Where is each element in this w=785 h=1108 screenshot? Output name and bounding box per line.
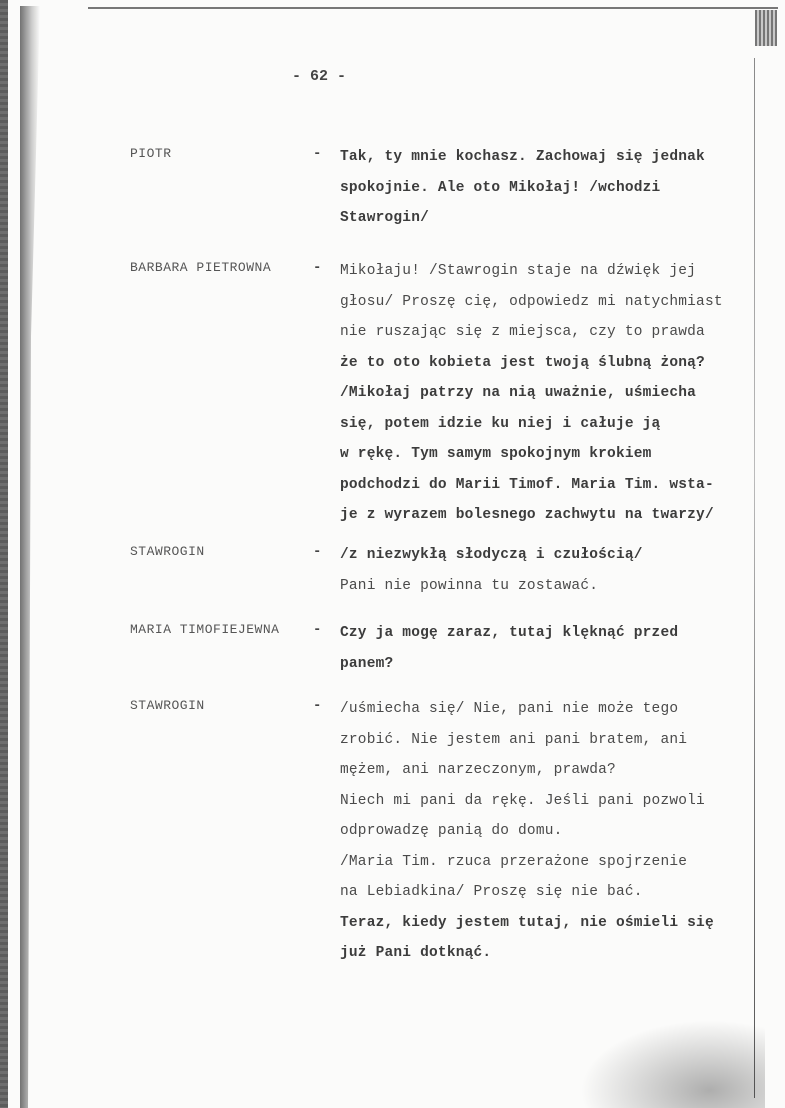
speech-line: odprowadzę panią do domu. bbox=[340, 820, 770, 851]
speech-line: mężem, ani narzeczonym, prawda? bbox=[340, 759, 770, 790]
speech-line: /z niezwykłą słodyczą i czułością/ bbox=[340, 544, 770, 575]
speech-line: Tak, ty mnie kochasz. Zachowaj się jedna… bbox=[340, 146, 770, 177]
speech-line: /uśmiecha się/ Nie, pani nie może tego bbox=[340, 698, 770, 729]
speech-text: Mikołaju! /Stawrogin staje na dźwięk jej… bbox=[340, 260, 770, 535]
dialogue-dash: - bbox=[313, 260, 321, 276]
speech-line: spokojnie. Ale oto Mikołaj! /wchodzi bbox=[340, 177, 770, 208]
speaker-name: BARBARA PIETROWNA bbox=[130, 260, 271, 275]
corner-scan-artifact bbox=[755, 10, 777, 46]
speech-line: Teraz, kiedy jestem tutaj, nie ośmieli s… bbox=[340, 912, 770, 943]
dialogue-dash: - bbox=[313, 146, 321, 162]
dialogue-dash: - bbox=[313, 544, 321, 560]
speech-line: że to oto kobieta jest twoją ślubną żoną… bbox=[340, 352, 770, 383]
dialogue-dash: - bbox=[313, 622, 321, 638]
speech-line: Czy ja mogę zaraz, tutaj klęknąć przed bbox=[340, 622, 770, 653]
speech-line: Mikołaju! /Stawrogin staje na dźwięk jej bbox=[340, 260, 770, 291]
speech-line: się, potem idzie ku niej i całuje ją bbox=[340, 413, 770, 444]
speech-line: panem? bbox=[340, 653, 770, 684]
speech-text: /uśmiecha się/ Nie, pani nie może tego z… bbox=[340, 698, 770, 973]
speech-text: /z niezwykłą słodyczą i czułością/ Pani … bbox=[340, 544, 770, 605]
speech-line: Pani nie powinna tu zostawać. bbox=[340, 575, 770, 606]
speech-line: podchodzi do Marii Timof. Maria Tim. wst… bbox=[340, 474, 770, 505]
speaker-name: STAWROGIN bbox=[130, 544, 205, 559]
dialogue-dash: - bbox=[313, 698, 321, 714]
speech-line: Stawrogin/ bbox=[340, 207, 770, 238]
speaker-name: PIOTR bbox=[130, 146, 172, 161]
speaker-name: STAWROGIN bbox=[130, 698, 205, 713]
speech-line: Niech mi pani da rękę. Jeśli pani pozwol… bbox=[340, 790, 770, 821]
bottom-scan-smudge bbox=[580, 1020, 765, 1108]
speech-line: je z wyrazem bolesnego zachwytu na twarz… bbox=[340, 504, 770, 535]
page-number: - 62 - bbox=[292, 68, 346, 85]
scanned-page-left-edge bbox=[0, 0, 8, 1108]
speaker-name: MARIA TIMOFIEJEWNA bbox=[130, 622, 279, 637]
speech-line: /Mikołaj patrzy na nią uważnie, uśmiecha bbox=[340, 382, 770, 413]
speech-line: już Pani dotknąć. bbox=[340, 942, 770, 973]
top-page-border bbox=[88, 7, 778, 9]
speech-text: Czy ja mogę zaraz, tutaj klęknąć przed p… bbox=[340, 622, 770, 683]
binding-shadow bbox=[20, 6, 40, 1108]
speech-line: nie ruszając się z miejsca, czy to prawd… bbox=[340, 321, 770, 352]
speech-text: Tak, ty mnie kochasz. Zachowaj się jedna… bbox=[340, 146, 770, 238]
speech-line: /Maria Tim. rzuca przerażone spojrzenie bbox=[340, 851, 770, 882]
speech-line: w rękę. Tym samym spokojnym krokiem bbox=[340, 443, 770, 474]
speech-line: zrobić. Nie jestem ani pani bratem, ani bbox=[340, 729, 770, 760]
speech-line: głosu/ Proszę cię, odpowiedz mi natychmi… bbox=[340, 291, 770, 322]
speech-line: na Lebiadkina/ Proszę się nie bać. bbox=[340, 881, 770, 912]
